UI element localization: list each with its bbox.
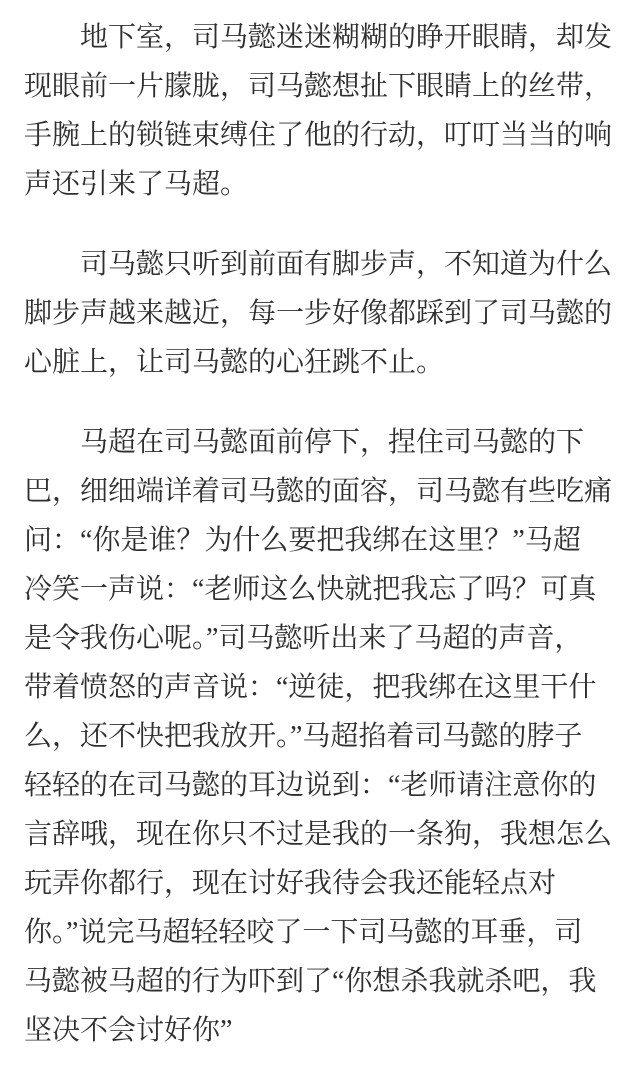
text-line: 手腕上的锁链束缚住了他的行动，叮叮当当的响 bbox=[24, 111, 618, 160]
paragraph: 司马懿只听到前面有脚步声，不知道为什么脚步声越来越近，每一步好像都踩到了司马懿的… bbox=[24, 240, 618, 387]
text-line: 你。”说完马超轻轻咬了一下司马懿的耳垂，司 bbox=[24, 908, 618, 957]
story-page: 地下室，司马懿迷迷糊糊的睁开眼睛，却发现眼前一片朦胧，司马懿想扯下眼睛上的丝带，… bbox=[0, 0, 640, 1080]
text-line: 问：“你是谁？为什么要把我绑在这里？”马超 bbox=[24, 516, 618, 565]
story-text: 地下室，司马懿迷迷糊糊的睁开眼睛，却发现眼前一片朦胧，司马懿想扯下眼睛上的丝带，… bbox=[24, 13, 618, 1055]
text-line: 是令我伤心呢。”司马懿听出来了马超的声音， bbox=[24, 614, 618, 663]
text-line: 坚决不会讨好你” bbox=[24, 1006, 618, 1055]
text-line: 冷笑一声说：“老师这么快就把我忘了吗？可真 bbox=[24, 565, 618, 614]
text-line: 心脏上，让司马懿的心狂跳不止。 bbox=[24, 338, 618, 387]
text-line: 声还引来了马超。 bbox=[24, 160, 618, 209]
text-line: 马懿被马超的行为吓到了“你想杀我就杀吧，我 bbox=[24, 957, 618, 1006]
text-line: 言辞哦，现在你只不过是我的一条狗，我想怎么 bbox=[24, 810, 618, 859]
text-line: 巴，细细端详着司马懿的面容，司马懿有些吃痛 bbox=[24, 467, 618, 516]
text-line: 轻轻的在司马懿的耳边说到：“老师请注意你的 bbox=[24, 761, 618, 810]
text-line: 现眼前一片朦胧，司马懿想扯下眼睛上的丝带， bbox=[24, 62, 618, 111]
text-line: 么，还不快把我放开。”马超掐着司马懿的脖子 bbox=[24, 712, 618, 761]
text-line: 司马懿只听到前面有脚步声，不知道为什么 bbox=[24, 240, 618, 289]
text-line: 马超在司马懿面前停下，捏住司马懿的下 bbox=[24, 418, 618, 467]
paragraph: 地下室，司马懿迷迷糊糊的睁开眼睛，却发现眼前一片朦胧，司马懿想扯下眼睛上的丝带，… bbox=[24, 13, 618, 209]
paragraph: 马超在司马懿面前停下，捏住司马懿的下巴，细细端详着司马懿的面容，司马懿有些吃痛问… bbox=[24, 418, 618, 1055]
text-line: 地下室，司马懿迷迷糊糊的睁开眼睛，却发 bbox=[24, 13, 618, 62]
text-line: 带着愤怒的声音说：“逆徒，把我绑在这里干什 bbox=[24, 663, 618, 712]
text-line: 玩弄你都行，现在讨好我待会我还能轻点对 bbox=[24, 859, 618, 908]
text-line: 脚步声越来越近，每一步好像都踩到了司马懿的 bbox=[24, 289, 618, 338]
